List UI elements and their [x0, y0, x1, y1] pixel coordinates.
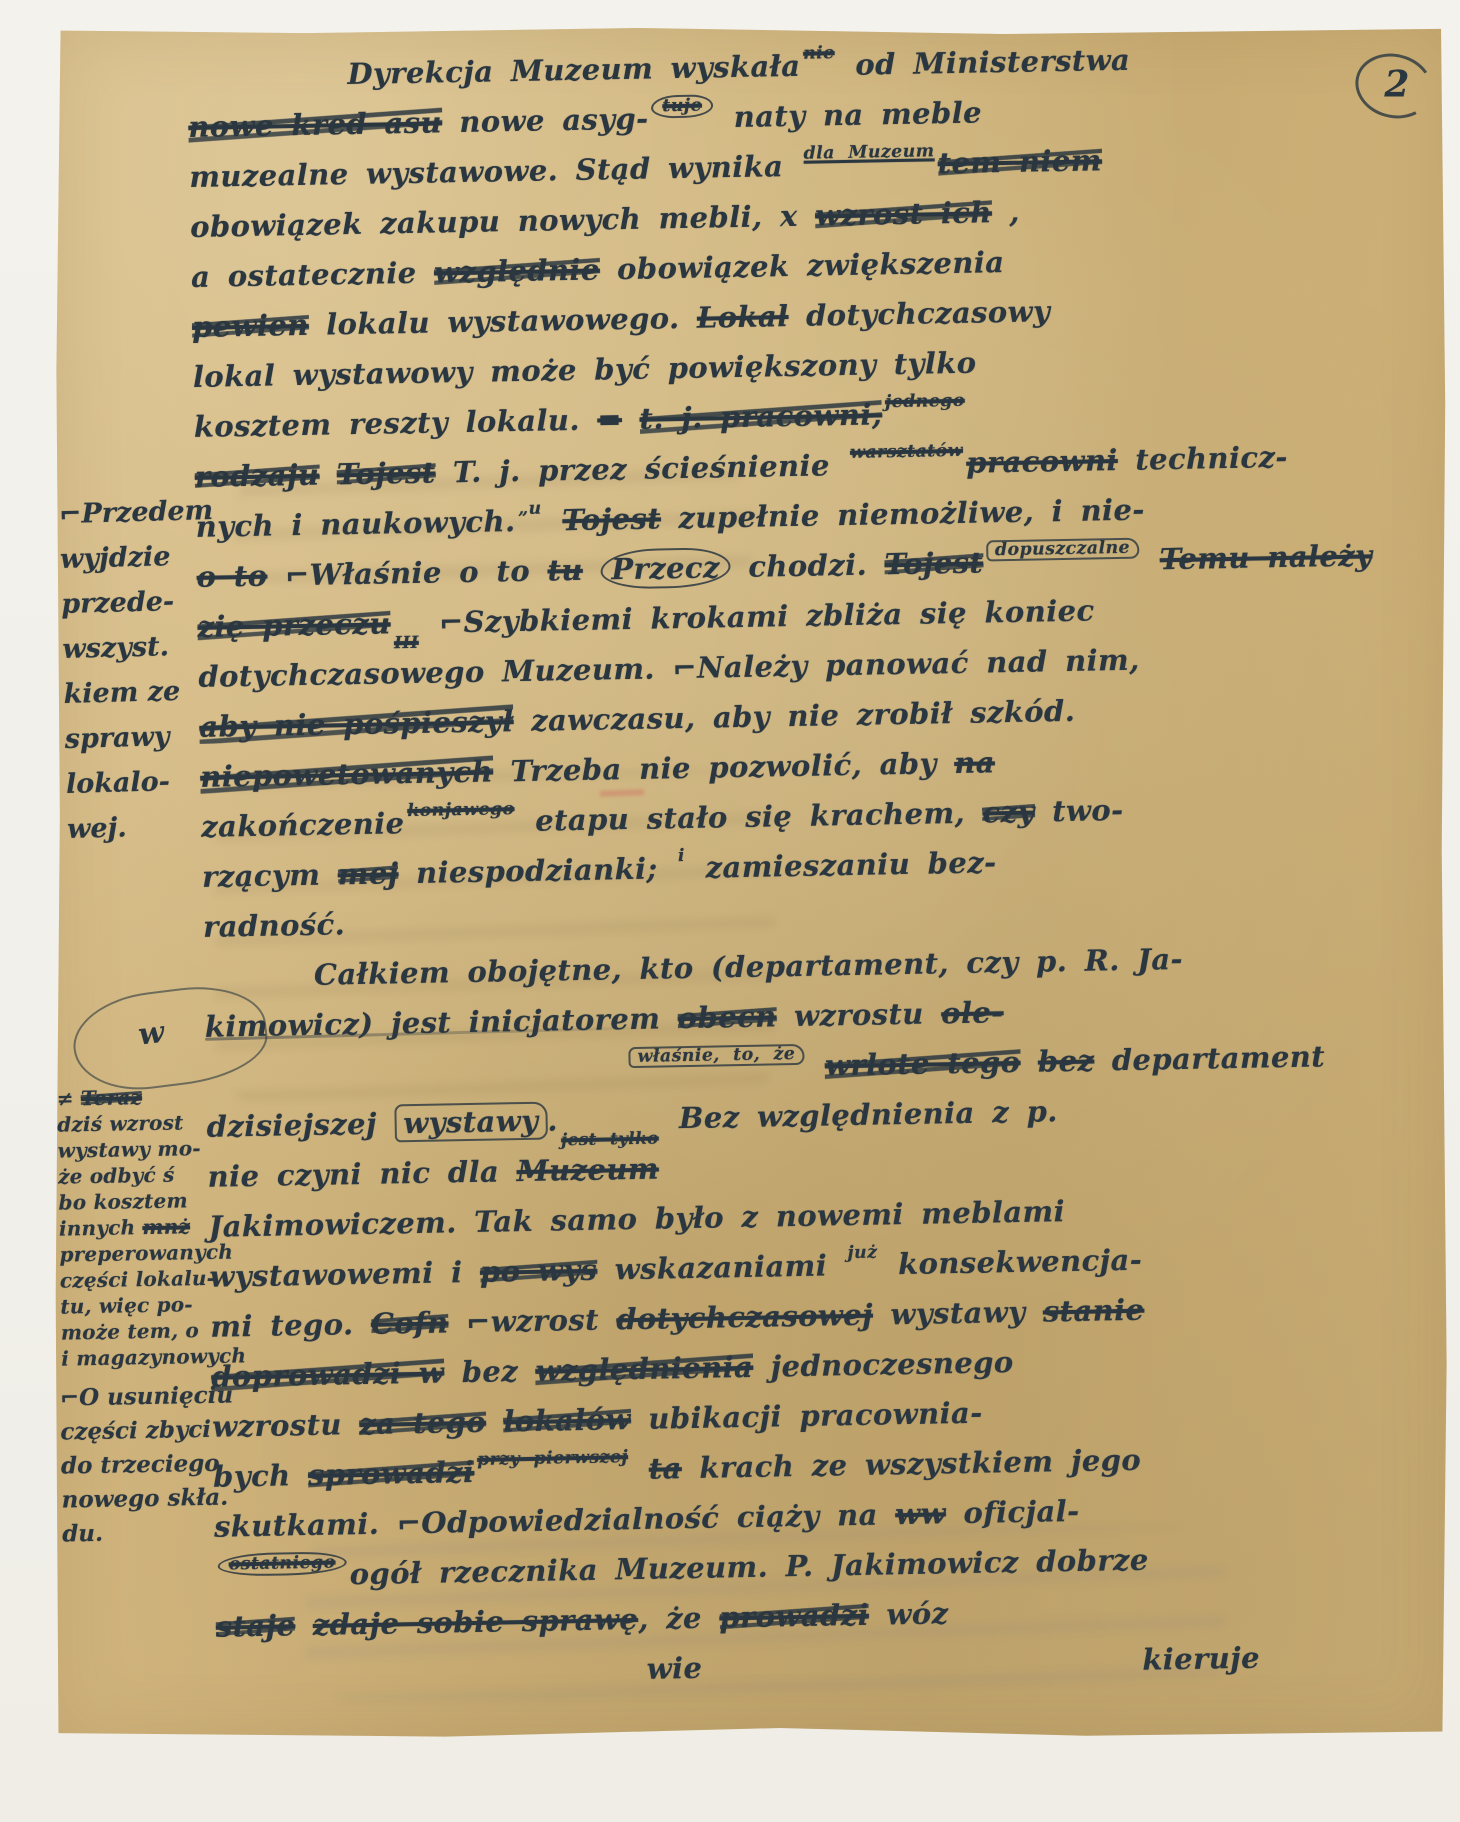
struck-text-segment: warsztatów — [850, 443, 963, 462]
text-segment: chodzi. — [730, 547, 884, 584]
text-segment: lokalo- — [66, 766, 171, 800]
struck-text-segment: na — [954, 745, 995, 780]
struck-text-segment: dla Muzeum — [803, 143, 934, 163]
struck-text-segment: III — [394, 634, 419, 651]
text-segment: wystawy mo- — [57, 1136, 201, 1162]
struck-text-segment: Tojest — [884, 545, 983, 581]
struck-text-segment: = — [597, 402, 622, 436]
text-segment: departament — [1094, 1039, 1325, 1077]
margin-note-line: przede- — [61, 578, 216, 627]
struck-text-segment: staje — [216, 1608, 296, 1643]
text-segment: ⌐Szybkiemi krokami zbliża się koniec — [421, 593, 1095, 639]
text-segment: oficjal- — [946, 1494, 1080, 1530]
text-segment: bo kosztem — [58, 1188, 188, 1214]
text-segment: Dyrekcja Muzeum wyskała — [347, 49, 801, 91]
struck-text-segment: czy — [982, 795, 1035, 830]
text-segment — [622, 402, 640, 436]
text-segment: zawczasu, aby nie zrobił szkód. — [513, 694, 1075, 738]
text-segment: innych — [59, 1215, 143, 1240]
struck-text-segment: doprowadzi w — [211, 1356, 444, 1394]
text-segment: Przecz — [600, 547, 731, 589]
text-segment: konsekwencja- — [880, 1243, 1142, 1282]
text-segment — [486, 1404, 504, 1438]
margin-note-line: wszyst. — [62, 623, 217, 672]
struck-text-segment: tu — [547, 553, 583, 588]
struck-text-segment: dotychczasowej — [616, 1298, 873, 1337]
scan-background: 2 ⌐Przedemwyjdzieprzede-wszyst.kiem zesp… — [0, 0, 1460, 1822]
text-segment: rzącym — [202, 857, 338, 893]
text-segment: kosztem reszty lokalu. — [194, 403, 598, 444]
text-segment: two- — [1034, 793, 1123, 829]
text-segment: etapu stało się krachem, — [517, 796, 982, 839]
text-segment: krach ze wszystkiem jego — [681, 1443, 1141, 1485]
text-segment: może tem, o — [61, 1318, 200, 1344]
margin-note-line: nowego skła. — [61, 1480, 235, 1517]
struck-text-segment: tem niem — [937, 143, 1102, 180]
margin-note-line: lokalo- — [65, 758, 220, 807]
struck-text-segment: bez — [1038, 1044, 1095, 1079]
text-segment: ⌐Przedem — [58, 495, 213, 530]
text-segment: muzealne wystawowe. Stąd wynika — [189, 149, 801, 194]
text-segment: , że — [638, 1601, 720, 1636]
text-segment: zupełnie niemożliwe, i nie- — [661, 493, 1145, 536]
circled-letter: w — [136, 1015, 166, 1053]
text-segment: niespodzianki; — [398, 851, 675, 890]
struck-text-segment: pracowni — [966, 443, 1118, 480]
text-segment: przede- — [61, 586, 175, 620]
struck-text-segment: obecn — [677, 999, 776, 1035]
margin-note-line: ⌐Przedem — [58, 488, 213, 537]
struck-text-segment: ole- — [941, 995, 1004, 1030]
margin-note-line: du. — [62, 1514, 236, 1551]
text-segment: bez — [444, 1354, 536, 1390]
text-segment: tu, więc po- — [60, 1292, 193, 1318]
text-segment: preperowanych — [59, 1240, 233, 1267]
struck-text-segment: ta — [648, 1451, 682, 1486]
margin-note-line: sprawy — [64, 713, 219, 762]
text-segment — [319, 457, 337, 491]
text-segment: ogół — [349, 1556, 421, 1591]
text-segment: obowiązek zwiększenia — [599, 245, 1004, 286]
text-segment: wyjdzie — [60, 541, 171, 575]
struck-text-segment: jest tylko — [561, 1130, 659, 1149]
text-segment: ≠ — [57, 1086, 82, 1110]
text-segment: dzisiejszej — [206, 1106, 394, 1143]
text-segment: skutkami. ⌐Odpowiedzialność ciąży na — [214, 1497, 896, 1543]
text-segment: kiem ze — [63, 676, 180, 710]
text-segment: nie czyni nic dla — [207, 1154, 517, 1194]
struck-text-segment: lokalów — [503, 1402, 631, 1438]
struck-text-segment: pewien — [192, 308, 309, 344]
struck-text-segment: niepowetowanych — [200, 755, 493, 794]
text-segment: jednoczesnego — [753, 1345, 1014, 1384]
struck-text-segment: t. j. pracowni, — [639, 397, 882, 435]
struck-text-segment: rodzaju — [194, 458, 319, 494]
struck-text-segment: stanie — [1043, 1293, 1145, 1329]
text-segment: nych i naukowych. — [195, 504, 515, 544]
text-segment: że odbyć ś — [58, 1163, 175, 1189]
struck-text-segment: Lokal — [697, 299, 789, 335]
margin-note-line: wyjdzie — [59, 533, 214, 582]
text-segment: x — [780, 199, 816, 234]
struck-text-segment: i — [678, 848, 685, 866]
struck-text-segment: Cofn — [371, 1305, 449, 1340]
manuscript-body: Dyrekcja Muzeum wyskałanie od Ministerst… — [187, 29, 1460, 1702]
text-segment: wystawy — [394, 1102, 548, 1143]
text-segment: wszyst. — [62, 631, 169, 665]
text-segment: technicz- — [1117, 440, 1288, 477]
text-segment: zamieszaniu bez- — [688, 845, 997, 885]
text-segment: nowe asyg- — [442, 102, 649, 140]
text-segment: ⌐O usunięciu — [60, 1382, 234, 1412]
text-segment: wskazaniami — [597, 1248, 845, 1287]
text-segment: części zbyci — [60, 1416, 211, 1446]
text-segment — [1020, 1045, 1038, 1079]
text-segment: Jakimowiczem. Tak samo było z nowemi meb… — [208, 1194, 1065, 1244]
text-segment — [295, 1608, 313, 1642]
struck-text-segment: o to — [196, 559, 267, 594]
text-segment: dotychczasowy — [788, 294, 1050, 333]
struck-text-segment: po wys — [480, 1253, 598, 1289]
text-segment: kieruje — [1142, 1641, 1260, 1677]
text-segment: części lokalu- — [60, 1266, 216, 1293]
text-segment: dziś wzrost — [57, 1110, 184, 1136]
struck-text-segment: Teraz — [81, 1085, 143, 1110]
struck-text-segment: Temu należy — [1159, 538, 1372, 576]
struck-text-segment: wzrost ich — [815, 195, 992, 232]
text-segment: . — [547, 1103, 558, 1137]
margin-note-usuniecie: ⌐O usunięciuczęści zbycido trzeciegonowe… — [60, 1379, 236, 1552]
text-segment — [631, 1452, 649, 1486]
struck-text-segment: Tojest — [562, 501, 661, 537]
struck-text-segment: dopuszczalne — [986, 538, 1139, 562]
margin-note-line: wej. — [67, 803, 222, 852]
text-segment: Całkiem obojętne, kto (departament, czy … — [314, 942, 1184, 992]
text-segment: ubikacji pracownia- — [630, 1396, 982, 1436]
text-segment: Bez względnienia z p. — [661, 1094, 1058, 1135]
text-segment: bych — [213, 1458, 309, 1494]
text-segment: sprawy — [64, 721, 170, 755]
text-segment: kimowicz) jest inicjatorem — [205, 1001, 678, 1044]
struck-text-segment: względnie — [434, 252, 600, 289]
struck-text-segment: zdaje sobie sprawę — [313, 1602, 639, 1642]
struck-text-segment: ww — [895, 1496, 946, 1531]
text-segment: wystawy — [873, 1295, 1044, 1332]
text-segment: , — [991, 195, 1020, 230]
text-segment: ⌐wzrost — [448, 1302, 616, 1339]
text-segment: od Ministerstwa — [838, 43, 1131, 82]
struck-text-segment: nie — [803, 45, 835, 63]
text-segment — [1142, 542, 1160, 576]
text-segment — [582, 553, 600, 587]
struck-text-segment: „u — [518, 501, 542, 519]
struck-text-segment: nowe kred asu — [188, 105, 442, 144]
manuscript-paper: 2 ⌐Przedemwyjdzieprzede-wszyst.kiem zesp… — [55, 28, 1448, 1740]
text-segment: Trzeba nie pozwolić, aby — [493, 746, 955, 788]
text-segment: obowiązek zakupu nowych mebli, — [190, 199, 780, 244]
margin-note-line: ⌐O usunięciu — [60, 1379, 234, 1416]
text-segment: T. j. przez ścieśnienie — [435, 448, 847, 490]
struck-text-segment: tuje — [651, 94, 713, 119]
struck-text-segment: właśnie, to, że — [628, 1044, 804, 1069]
text-segment: wej. — [67, 812, 127, 845]
text-segment: rzecznika Muzeum. P. Jakimowicz dobrze — [421, 1543, 1149, 1590]
text-segment: nowego skła. — [61, 1484, 228, 1514]
struck-text-segment: sprowadzi — [308, 1455, 475, 1492]
text-segment: do trzeciego — [61, 1450, 220, 1480]
struck-text-segment: zię przeczu — [197, 606, 391, 644]
text-segment: wystawowemi i — [209, 1255, 480, 1294]
struck-text-segment: jednego — [885, 393, 965, 412]
margin-note-line: kiem ze — [63, 668, 218, 717]
struck-text-segment: mej — [337, 856, 398, 891]
struck-text-segment: aby nie pośpieszył — [199, 704, 514, 744]
struck-text-segment: Tojest — [336, 456, 435, 492]
text-segment: wie — [646, 1651, 702, 1686]
text-segment: du. — [62, 1520, 103, 1548]
text-segment — [545, 503, 563, 537]
struck-text-segment: już — [847, 1245, 877, 1263]
struck-text-segment: prowadzi — [719, 1598, 869, 1635]
text-segment: dotychczasowego Muzeum. ⌐Należy panować … — [198, 643, 1140, 694]
struck-text-segment: mnż — [142, 1214, 190, 1239]
margin-note-line: do trzeciego — [61, 1446, 235, 1483]
text-segment: wzrostu — [212, 1407, 360, 1444]
text-segment — [807, 1048, 825, 1082]
text-segment: mi tego. — [210, 1307, 371, 1344]
text-segment: ⌐Właśnie o to — [267, 553, 548, 592]
struck-text-segment: przy pierwszej — [477, 1449, 628, 1469]
struck-text-segment: względnienia — [535, 1350, 753, 1388]
text-segment: lokal wystawowy może być powiększony tyl… — [193, 346, 977, 394]
text-segment: lokalu wystawowego. — [308, 301, 697, 342]
text-segment: wóz — [869, 1596, 949, 1631]
struck-text-segment: wrlote tego — [825, 1045, 1021, 1083]
struck-text-segment: konjawego — [407, 801, 515, 820]
struck-text-segment: Muzeum — [516, 1152, 659, 1189]
text-segment: wzrostu — [776, 996, 941, 1033]
struck-text-segment: za tego — [359, 1405, 486, 1441]
text-segment: a ostatecznie — [191, 256, 435, 294]
text-segment: naty na meble — [716, 95, 982, 134]
text-segment: radność. — [203, 907, 346, 944]
margin-note-line: części zbyci — [60, 1412, 234, 1449]
struck-text-segment: ostatniego — [218, 1551, 347, 1577]
text-segment: zakończenie — [201, 806, 405, 844]
